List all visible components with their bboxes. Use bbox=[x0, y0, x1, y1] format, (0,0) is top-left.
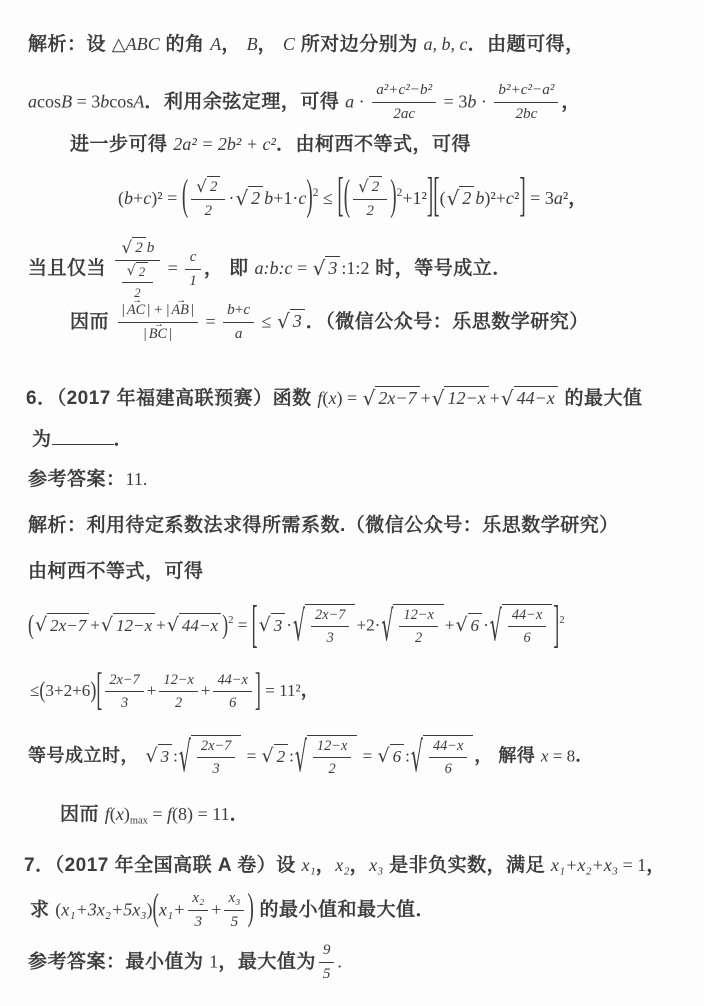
numerator: 12−x bbox=[399, 605, 437, 627]
bold-text-run: 参考答案： bbox=[28, 469, 126, 490]
text-run: 因而 bbox=[60, 804, 105, 825]
math-run: 2x−7 bbox=[315, 607, 345, 623]
math-run: )² = bbox=[151, 188, 182, 208]
math-run: 2 bbox=[329, 761, 336, 777]
math-run: + bbox=[421, 388, 431, 408]
math-run: +2· bbox=[356, 615, 380, 634]
math-run: · bbox=[286, 615, 292, 634]
math-run: + bbox=[211, 899, 221, 919]
numerator: 44−x bbox=[508, 605, 546, 627]
math-run: 6 bbox=[471, 616, 480, 635]
radicand: 12−x bbox=[113, 613, 155, 637]
text-run: 由柯西不等式，可得 bbox=[28, 561, 204, 582]
text-run: ， bbox=[350, 855, 370, 876]
stretch-bracket: ( bbox=[153, 886, 159, 935]
square-root: √2 bbox=[122, 237, 146, 259]
text-run: 的角 bbox=[160, 34, 211, 55]
denominator: 2 bbox=[353, 200, 387, 222]
radical-sign: √ bbox=[358, 178, 369, 195]
radicand: 2 bbox=[136, 262, 148, 281]
text-run: 的最大值 bbox=[559, 388, 643, 409]
math-run: : bbox=[289, 746, 294, 765]
math-run: c bbox=[243, 301, 250, 318]
math-run: + bbox=[201, 681, 211, 700]
bold-text-run: 解析： bbox=[28, 515, 87, 536]
math-run: x₁ bbox=[301, 855, 315, 875]
text-run: （2017 年福建高联预赛）函数 bbox=[57, 388, 318, 409]
radical-sign: √ bbox=[363, 389, 376, 409]
denominator: 6 bbox=[213, 692, 251, 713]
math-run: 2x−7 bbox=[50, 616, 86, 635]
math-run: + bbox=[445, 615, 455, 634]
solution-5-cauchy: (b+c)² = (√22·√2b+1·c)2 ≤ [(√22)2+1²][(√… bbox=[118, 176, 588, 222]
text-run: ， bbox=[258, 34, 283, 55]
bold-text-run: 解析： bbox=[28, 34, 87, 55]
math-run: = 3 bbox=[72, 91, 100, 111]
solution-6-conclusion: 因而 f(x)max = f(8) = 11． bbox=[60, 803, 249, 828]
math-run: b bbox=[264, 188, 273, 208]
bold-text-run: 7． bbox=[24, 855, 55, 876]
numerator: a²+c²−b² bbox=[372, 80, 436, 103]
numerator: √2 bbox=[353, 176, 387, 200]
math-run: 2a² = 2b² + c² bbox=[173, 134, 276, 154]
math-run: 3 bbox=[121, 695, 128, 711]
math-run: a bbox=[345, 91, 354, 111]
stretch-bracket: ) bbox=[306, 170, 312, 227]
math-run: 2 bbox=[462, 188, 471, 208]
square-root: √2 bbox=[127, 262, 148, 281]
radical-sign: √ bbox=[432, 389, 445, 409]
math-run: 12−x bbox=[447, 388, 485, 408]
radical-sign: √ bbox=[122, 239, 133, 256]
text-run: 为 bbox=[32, 429, 52, 450]
radicand: 3 bbox=[158, 744, 173, 768]
text-run: 的最小值和最大值． bbox=[254, 899, 435, 920]
fraction: 12−x2 bbox=[399, 605, 437, 647]
radicand: 2x−73 bbox=[191, 735, 241, 778]
math-run: 12−x bbox=[403, 607, 433, 623]
math-run: 2 bbox=[277, 747, 286, 766]
math-run: a bbox=[235, 325, 243, 342]
denominator: 2 bbox=[313, 758, 351, 779]
math-run: b bbox=[147, 239, 155, 256]
text-run: ．（微信公众号：乐思数学研究） bbox=[306, 311, 589, 332]
document-page: 解析：设 △ABC 的角 A， B， C 所对边分别为 a, b, c．由题可得… bbox=[0, 0, 704, 1006]
bold-text-run: 6． bbox=[26, 388, 57, 409]
text-run: ， 即 bbox=[204, 258, 255, 279]
denominator: 5 bbox=[224, 911, 244, 933]
math-run: 6 bbox=[229, 695, 236, 711]
square-root: √2x−7 bbox=[35, 613, 89, 637]
radical-sign: √ bbox=[455, 616, 467, 635]
radicand: 44−x bbox=[514, 386, 558, 412]
numerator: 12−x bbox=[313, 736, 351, 758]
math-run: 44−x bbox=[217, 672, 247, 688]
square-root: √44−x6 bbox=[490, 604, 552, 647]
math-run: 12−x bbox=[317, 738, 347, 754]
math-run: +1· bbox=[273, 188, 298, 208]
superscript: 2 bbox=[559, 614, 564, 626]
stretch-bracket: [ bbox=[96, 662, 102, 720]
math-run: x₂ bbox=[335, 855, 349, 875]
square-root: √3 bbox=[277, 309, 305, 335]
text-run: 利用待定系数法求得所需系数.（微信公众号：乐思数学研究） bbox=[87, 515, 619, 536]
square-root: √12−x2 bbox=[381, 604, 443, 647]
square-root: √44−x bbox=[501, 386, 558, 412]
stretch-bracket: ( bbox=[182, 170, 188, 227]
square-root: √3 bbox=[146, 744, 173, 768]
square-root: √12−x bbox=[101, 613, 155, 637]
math-run: 2 bbox=[251, 188, 260, 208]
text-run: 是非负实数，满足 bbox=[383, 855, 551, 876]
problem-7: 7．（2017 年全国高联 A 卷）设 x₁，x₂，x₃ 是非负实数，满足 x₁… bbox=[24, 854, 666, 879]
math-run: 3 bbox=[293, 311, 302, 331]
math-run: cos bbox=[37, 91, 61, 111]
fraction: 44−x6 bbox=[508, 605, 546, 647]
text-run: 等号成立时， bbox=[28, 745, 145, 765]
math-run: = bbox=[201, 311, 220, 331]
math-run: C bbox=[283, 34, 295, 54]
math-run: = bbox=[148, 804, 167, 824]
text-run: ， bbox=[561, 91, 581, 112]
denominator: a bbox=[223, 323, 254, 345]
fraction: a²+c²−b²2ac bbox=[372, 80, 436, 124]
square-root: √3 bbox=[313, 256, 341, 282]
text-run: ． bbox=[114, 429, 134, 450]
solution-5-cosine-rule: acosB = 3bcosA．利用余弦定理，可得 a · a²+c²−b²2ac… bbox=[28, 80, 581, 124]
fraction: 12−x2 bbox=[313, 736, 351, 778]
math-run: ( bbox=[440, 188, 446, 208]
fraction: x₂3 bbox=[188, 888, 208, 932]
square-root: √44−x6 bbox=[411, 735, 473, 778]
math-run: c bbox=[190, 248, 197, 265]
stretch-bracket: ( bbox=[39, 676, 45, 706]
math-run: | bbox=[144, 325, 147, 342]
math-run: | + | bbox=[147, 301, 169, 318]
math-run: B bbox=[61, 91, 72, 111]
math-run: x₁+3x₂+5x₃ bbox=[61, 899, 146, 919]
denominator: 3 bbox=[188, 911, 208, 933]
math-run: a²+c²−b² bbox=[376, 81, 432, 98]
solution-5-intro: 解析：设 △ABC 的角 A， B， C 所对边分别为 a, b, c．由题可得… bbox=[28, 33, 585, 58]
radicand: 2 bbox=[248, 186, 263, 212]
square-root: √2 bbox=[447, 186, 475, 212]
math-run: 1 bbox=[189, 272, 197, 289]
denominator: √22 bbox=[115, 261, 160, 301]
square-root: √2 bbox=[262, 744, 289, 768]
math-run: 3 bbox=[327, 630, 334, 646]
math-run: x₂ bbox=[192, 889, 204, 906]
subscript: max bbox=[130, 816, 148, 827]
text-run: （2017 年全国高联 A 卷）设 bbox=[55, 855, 302, 876]
math-run: + bbox=[147, 681, 157, 700]
radicand: 2x−7 bbox=[47, 613, 89, 637]
math-run: 5 bbox=[323, 965, 331, 982]
text-run: ， bbox=[301, 680, 320, 700]
text-run: 所对边分别为 bbox=[295, 34, 424, 55]
solution-5-conclusion: 因而 |AC| + |AB||BC| = b+ca ≤ √3．（微信公众号：乐思… bbox=[70, 300, 589, 344]
math-run: 2 bbox=[205, 202, 213, 219]
math-run: = 11² bbox=[261, 681, 301, 700]
problem-6: 6．（2017 年福建高联预赛）函数 f(x) = √2x−7+√12−x+√4… bbox=[26, 386, 643, 412]
text-run: 因而 bbox=[70, 311, 115, 332]
square-root: √44−x bbox=[167, 613, 221, 637]
math-run: = 8 bbox=[548, 746, 575, 765]
radical-sign: √ bbox=[259, 616, 271, 635]
math-run: 3 bbox=[194, 913, 202, 930]
math-run: b bbox=[475, 188, 484, 208]
fraction: c1 bbox=[185, 247, 201, 291]
radical-sign: √ bbox=[490, 607, 502, 649]
math-run: . bbox=[337, 951, 342, 971]
math-run: 44−x bbox=[433, 738, 463, 754]
radicand: 3 bbox=[325, 256, 340, 282]
problem-6-blank: 为． bbox=[32, 428, 133, 453]
math-run: | bbox=[169, 325, 172, 342]
text-run: ．利用余弦定理，可得 bbox=[144, 91, 345, 112]
math-run: 2x−7 bbox=[201, 738, 231, 754]
radical-sign: √ bbox=[262, 747, 274, 766]
radical-sign: √ bbox=[235, 189, 248, 209]
radicand: 12−x2 bbox=[307, 735, 357, 778]
math-run: 2 bbox=[366, 202, 374, 219]
text-run: ， bbox=[316, 855, 336, 876]
math-run: b bbox=[100, 91, 109, 111]
radical-sign: √ bbox=[378, 747, 390, 766]
numerator: √2 bbox=[191, 176, 225, 200]
square-root: √3 bbox=[259, 613, 286, 637]
fraction: √2b√22 bbox=[115, 237, 160, 301]
math-run: a, b, c bbox=[423, 34, 467, 54]
radical-sign: √ bbox=[447, 189, 460, 209]
math-run: △ bbox=[112, 34, 126, 54]
numerator: √2 bbox=[122, 262, 153, 283]
stretch-bracket: ( bbox=[344, 170, 350, 227]
math-run: | bbox=[191, 301, 194, 318]
denominator: 5 bbox=[319, 963, 335, 985]
numerator: 2x−7 bbox=[311, 605, 349, 627]
square-root: √2x−73 bbox=[293, 604, 355, 647]
text-run: ． bbox=[230, 804, 250, 825]
math-run: · bbox=[228, 188, 234, 208]
stretch-bracket: ( bbox=[28, 608, 34, 643]
radical-sign: √ bbox=[313, 259, 326, 279]
radicand: 2 bbox=[207, 176, 221, 198]
radicand: 2 bbox=[132, 237, 146, 259]
vector-symbol: AB bbox=[171, 302, 189, 318]
math-run: cos bbox=[109, 91, 133, 111]
math-run: c bbox=[506, 188, 514, 208]
square-root: √2x−7 bbox=[363, 386, 420, 412]
math-run: b²+c²−a² bbox=[498, 81, 554, 98]
radical-sign: √ bbox=[167, 616, 179, 635]
radicand: 12−x2 bbox=[393, 604, 443, 647]
radical-sign: √ bbox=[196, 178, 207, 195]
math-run: + bbox=[90, 615, 100, 634]
solution-5-equality-condition: 当且仅当 √2b√22 = c1， 即 a:b:c = √3:1:2 时，等号成… bbox=[28, 237, 512, 301]
denominator: 1 bbox=[185, 270, 201, 292]
math-run: : bbox=[405, 746, 410, 765]
math-run: c bbox=[298, 188, 306, 208]
text-run: 最小值为 bbox=[126, 951, 210, 972]
text-run: ， 解得 bbox=[474, 745, 541, 765]
math-run: 2 bbox=[139, 265, 145, 279]
stretch-bracket: [ bbox=[252, 592, 258, 660]
fraction: b²+c²−a²2bc bbox=[494, 80, 558, 124]
math-run: 3 bbox=[213, 761, 220, 777]
square-root: √2 bbox=[196, 176, 220, 198]
math-run: 6 bbox=[523, 630, 530, 646]
math-run: | bbox=[122, 301, 125, 318]
denominator: 3 bbox=[311, 627, 349, 648]
text-run: ． bbox=[575, 745, 594, 765]
math-run: = bbox=[358, 746, 376, 765]
math-run: · bbox=[483, 615, 489, 634]
math-run: x₃ bbox=[228, 889, 240, 906]
radical-sign: √ bbox=[293, 607, 305, 649]
math-run: = bbox=[292, 258, 311, 278]
stretch-bracket: ] bbox=[553, 592, 559, 660]
numerator: b²+c²−a² bbox=[494, 80, 558, 103]
numerator: 44−x bbox=[213, 670, 251, 692]
radicand: 2 bbox=[274, 744, 289, 768]
radicand: 44−x6 bbox=[423, 735, 473, 778]
math-run: = bbox=[233, 615, 251, 634]
math-run: 6 bbox=[445, 761, 452, 777]
math-run: 12−x bbox=[116, 616, 152, 635]
solution-6-intro: 解析：利用待定系数法求得所需系数.（微信公众号：乐思数学研究） bbox=[28, 514, 619, 539]
problem-7-expression: 求 (x₁+3x₂+5x₃)(x₁+x₂3+x₃5) 的最小值和最大值． bbox=[30, 888, 435, 932]
text-run: ．由柯西不等式，可得 bbox=[276, 134, 471, 155]
math-run: · bbox=[354, 91, 369, 111]
solution-6-bound: ≤(3+2+6)[2x−73+12−x2+44−x6] = 11²， bbox=[30, 670, 319, 712]
solution-5-step: 进一步可得 2a² = 2b² + c²．由柯西不等式，可得 bbox=[70, 133, 471, 158]
radicand: 6 bbox=[468, 613, 483, 637]
numerator: |AC| + |AB| bbox=[118, 300, 198, 323]
radicand: 2 bbox=[459, 186, 474, 212]
math-run: x₁+ bbox=[159, 899, 185, 919]
vector-symbol: AC bbox=[127, 302, 145, 318]
radicand: 2 bbox=[369, 176, 383, 198]
fraction: x₃5 bbox=[224, 888, 244, 932]
text-run: 时，等号成立． bbox=[369, 258, 511, 279]
math-run: 2 bbox=[415, 630, 422, 646]
numerator: 2x−7 bbox=[105, 670, 143, 692]
numerator: 2x−7 bbox=[197, 736, 235, 758]
numerator: 44−x bbox=[429, 736, 467, 758]
square-root: √6 bbox=[455, 613, 482, 637]
math-run: 2 bbox=[135, 239, 143, 256]
radical-sign: √ bbox=[146, 747, 158, 766]
radicand: 44−x6 bbox=[502, 604, 552, 647]
math-run: 6 bbox=[393, 747, 402, 766]
math-run: 3+2+6 bbox=[45, 681, 90, 700]
answer-6: 参考答案：11. bbox=[28, 468, 147, 493]
math-run: 2bc bbox=[515, 105, 537, 122]
fraction: 95 bbox=[319, 940, 335, 984]
radicand: 44−x bbox=[179, 613, 221, 637]
numerator: c bbox=[185, 247, 201, 270]
text-run: ， bbox=[646, 855, 666, 876]
math-run: a bbox=[554, 188, 563, 208]
radical-sign: √ bbox=[381, 607, 393, 649]
math-run: 2 bbox=[210, 178, 218, 195]
math-run: x₃ bbox=[369, 855, 383, 875]
fraction: 44−x6 bbox=[213, 670, 251, 712]
square-root: √12−x2 bbox=[295, 735, 357, 778]
fraction: 12−x2 bbox=[159, 670, 197, 712]
math-run: x bbox=[116, 804, 124, 824]
radical-sign: √ bbox=[277, 312, 290, 332]
math-run: 2x−7 bbox=[378, 388, 416, 408]
square-root: √2 bbox=[358, 176, 382, 198]
square-root: √6 bbox=[378, 744, 405, 768]
denominator: 2bc bbox=[494, 103, 558, 125]
math-run: = 3 bbox=[526, 188, 554, 208]
denominator: 3 bbox=[105, 692, 143, 713]
radical-sign: √ bbox=[179, 738, 191, 780]
fraction: 2x−73 bbox=[311, 605, 349, 647]
math-run: 2x−7 bbox=[109, 672, 139, 688]
text-run: 当且仅当 bbox=[28, 258, 112, 279]
solution-6-cauchy-lead: 由柯西不等式，可得 bbox=[28, 560, 204, 585]
radicand: 12−x bbox=[444, 386, 488, 412]
math-run: ≤ bbox=[318, 188, 337, 208]
solution-6-equality: 等号成立时， √3:√2x−73 = √2:√12−x2 = √6:√44−x6… bbox=[28, 735, 594, 778]
math-run: 12−x bbox=[163, 672, 193, 688]
math-run: : bbox=[173, 746, 178, 765]
math-run: 2 bbox=[372, 178, 380, 195]
stretch-bracket: ] bbox=[255, 662, 261, 720]
math-run: = bbox=[242, 746, 260, 765]
math-run: 9 bbox=[323, 941, 331, 958]
numerator: 12−x bbox=[159, 670, 197, 692]
math-run: x₁+x₂+x₃ bbox=[551, 855, 618, 875]
denominator: 2 bbox=[159, 692, 197, 713]
math-run: +1² bbox=[402, 188, 427, 208]
text-run: 进一步可得 bbox=[70, 134, 173, 155]
stretch-bracket: [ bbox=[433, 168, 439, 230]
math-run: 3 bbox=[161, 747, 170, 766]
fraction: |AC| + |AB||BC| bbox=[118, 300, 198, 344]
math-run: A bbox=[210, 34, 221, 54]
math-run: (8) = 11 bbox=[172, 804, 230, 824]
math-run: 11. bbox=[126, 469, 148, 489]
radical-sign: √ bbox=[295, 738, 307, 780]
math-run: ABC bbox=[126, 34, 160, 54]
radical-sign: √ bbox=[101, 616, 113, 635]
math-run: 44−x bbox=[512, 607, 542, 623]
fraction: 44−x6 bbox=[429, 736, 467, 778]
radicand: 3 bbox=[271, 613, 286, 637]
stretch-bracket: ) bbox=[390, 170, 396, 227]
fraction: 2x−73 bbox=[197, 736, 235, 778]
numerator: x₃ bbox=[224, 888, 244, 911]
math-run: = 3 bbox=[439, 91, 467, 111]
math-run: 3 bbox=[274, 616, 283, 635]
math-run: = 1 bbox=[618, 855, 646, 875]
numerator: b+c bbox=[223, 300, 254, 323]
text-run: ．由题可得， bbox=[468, 34, 585, 55]
fraction: 2x−73 bbox=[105, 670, 143, 712]
math-run: b bbox=[124, 188, 133, 208]
math-run: 5 bbox=[231, 913, 239, 930]
radical-sign: √ bbox=[127, 264, 136, 278]
math-run: ≤ bbox=[257, 311, 276, 331]
square-root: √12−x bbox=[432, 386, 489, 412]
math-run: 3 bbox=[328, 258, 337, 278]
numerator: 9 bbox=[319, 940, 335, 963]
